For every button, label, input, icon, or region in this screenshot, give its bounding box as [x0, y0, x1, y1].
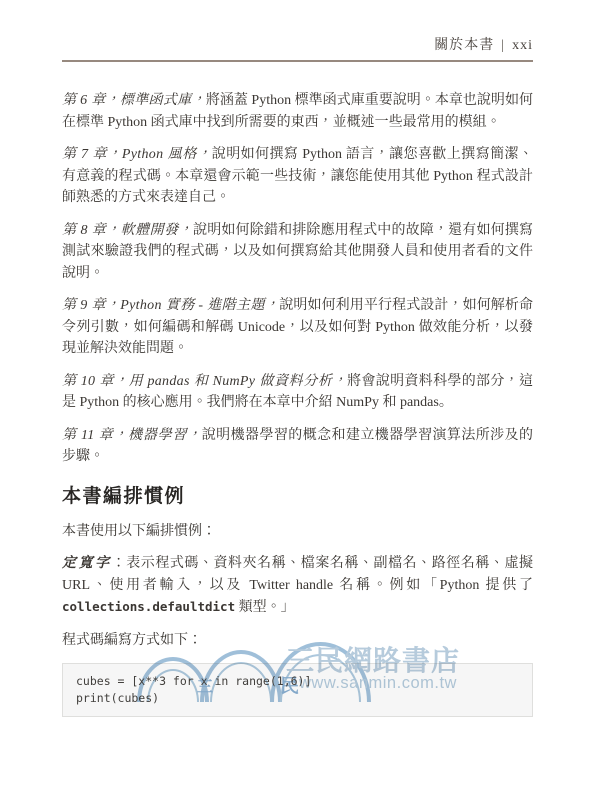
chapter-11-lead: 第 11 章，機器學習，: [62, 428, 202, 443]
book-page: 三 民 三民網路書店 www.sanmin.com.tw 關於本書|xxi 第 …: [0, 0, 591, 800]
running-head-divider: |: [501, 38, 505, 53]
section-heading-conventions: 本書編排慣例: [62, 485, 533, 508]
body-copy: 第 6 章，標準函式庫，將涵蓋 Python 標準函式庫重要說明。本章也說明如何…: [62, 62, 533, 717]
chapter-7-paragraph: 第 7 章，Python 風格，說明如何撰寫 Python 語言，讓您喜歡上撰寫…: [62, 144, 533, 209]
chapter-10-paragraph: 第 10 章，用 pandas 和 NumPy 做資料分析，將會說明資料科學的部…: [62, 371, 533, 414]
chapter-8-paragraph: 第 8 章，軟體開發，說明如何除錯和排除應用程式中的故障，還有如何撰寫測試來驗證…: [62, 220, 533, 285]
chapter-11-paragraph: 第 11 章，機器學習，說明機器學習的概念和建立機器學習演算法所涉及的步驟。: [62, 425, 533, 468]
inline-code-defaultdict: defaultdict: [152, 599, 235, 614]
page-number: xxi: [512, 38, 533, 53]
code-block: cubes = [x**3 for x in range(1,6)] print…: [62, 663, 533, 717]
chapter-7-lead: 第 7 章，Python 風格，: [62, 147, 212, 162]
conventions-description: 表示程式碼、資料夾名稱、檔案名稱、副檔名、路徑名稱、虛擬 URL、使用者輸入，以…: [62, 556, 533, 593]
conventions-term-separator: ：: [112, 556, 127, 571]
chapter-10-lead: 第 10 章，用 pandas 和 NumPy 做資料分析，: [62, 374, 347, 389]
chapter-9-lead: 第 9 章，Python 實務 - 進階主題，: [62, 298, 279, 313]
running-head-section: 關於本書: [434, 38, 494, 53]
chapter-9-paragraph: 第 9 章，Python 實務 - 進階主題，說明如何利用平行程式設計，如何解析…: [62, 295, 533, 360]
chapter-8-lead: 第 8 章，軟體開發，: [62, 223, 193, 238]
conventions-term: 定寬字: [62, 556, 112, 571]
conventions-intro: 本書使用以下編排慣例：: [62, 521, 533, 543]
conventions-description-end: 類型。」: [235, 600, 295, 615]
chapter-6-lead: 第 6 章，標準函式庫，: [62, 93, 206, 108]
page-content: 關於本書|xxi 第 6 章，標準函式庫，將涵蓋 Python 標準函式庫重要說…: [0, 0, 591, 717]
conventions-fixed-width-paragraph: 定寬字：表示程式碼、資料夾名稱、檔案名稱、副檔名、路徑名稱、虛擬 URL、使用者…: [62, 553, 533, 619]
inline-code-collections: collections.: [62, 599, 152, 614]
code-intro: 程式碼編寫方式如下：: [62, 630, 533, 652]
running-head: 關於本書|xxi: [62, 34, 533, 54]
chapter-6-paragraph: 第 6 章，標準函式庫，將涵蓋 Python 標準函式庫重要說明。本章也說明如何…: [62, 90, 533, 133]
code-line-1: cubes = [x**3 for x in range(1,6)]: [76, 673, 519, 690]
code-line-2: print(cubes): [76, 690, 519, 707]
